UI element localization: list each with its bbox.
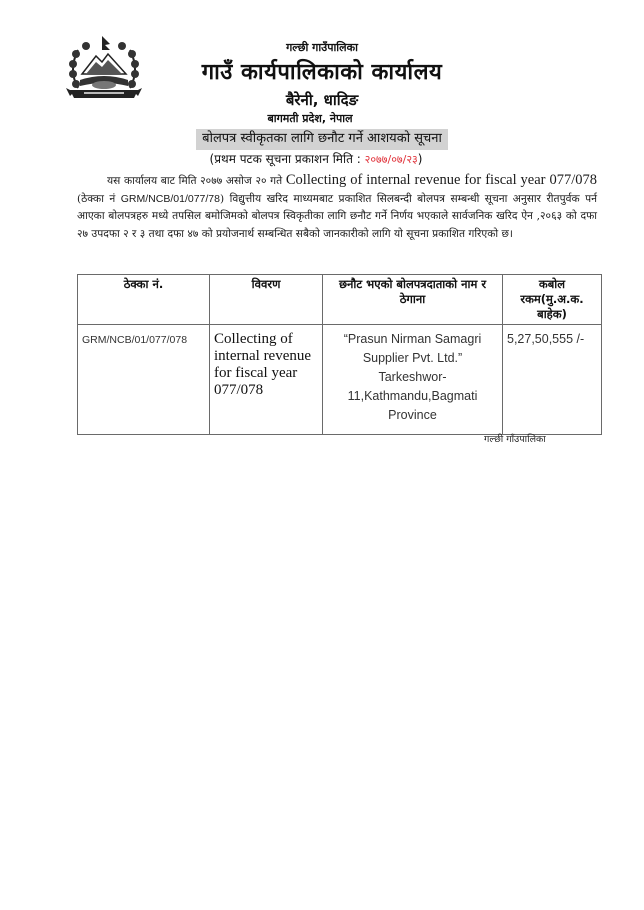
body-part-1: यस कार्यालय बाट मिति २०७७ असोज २० गते	[107, 175, 286, 187]
body-work-title: Collecting of internal revenue for fisca…	[286, 172, 597, 188]
selected-bidder-table: ठेक्का नं. विवरण छनौट भएको बोलपत्रदाताको…	[77, 274, 602, 435]
province-name: बागमती प्रदेश, नेपाल	[0, 111, 632, 126]
header-description: विवरण	[210, 275, 323, 325]
bidder-name: “Prasun Nirman Samagri Supplier Pvt. Ltd…	[327, 330, 498, 368]
publish-close: )	[418, 152, 423, 166]
notice-title-wrap: बोलपत्र स्वीकृतका लागि छनौट गर्ने आशयको …	[0, 127, 644, 150]
header-bidder: छनौट भएको बोलपत्रदाताको नाम र ठेगाना	[323, 275, 503, 325]
header-amount: कबोल रकम(मु.अ.क. बाहेक)	[503, 275, 602, 325]
notice-title: बोलपत्र स्वीकृतका लागि छनौट गर्ने आशयको …	[196, 129, 448, 150]
table-row: GRM/NCB/01/077/078 Collecting of interna…	[78, 325, 602, 435]
cell-contract-no: GRM/NCB/01/077/078	[78, 325, 210, 435]
publish-info: (प्रथम पटक सूचना प्रकाशन मिति : २०७७/०७/…	[0, 150, 638, 167]
publish-label: (प्रथम पटक सूचना प्रकाशन मिति :	[210, 152, 365, 166]
office-location: बैरेनी, धादिङ	[0, 90, 644, 110]
publish-date: २०७७/०७/२३	[365, 153, 418, 166]
notice-page: गल्छी गाउँपालिका गाउँ कार्यपालिकाको कार्…	[0, 0, 644, 910]
body-part-3: (ठेक्का नं	[77, 193, 121, 205]
cell-bidder: “Prasun Nirman Samagri Supplier Pvt. Ltd…	[323, 325, 503, 435]
cell-description: Collecting of internal revenue for fisca…	[210, 325, 323, 435]
table-header-row: ठेक्का नं. विवरण छनौट भएको बोलपत्रदाताको…	[78, 275, 602, 325]
office-name: गाउँ कार्यपालिकाको कार्यालय	[0, 56, 644, 86]
cell-amount: 5,27,50,555 /-	[503, 325, 602, 435]
notice-body: यस कार्यालय बाट मिति २०७७ असोज २० गते Co…	[77, 172, 597, 243]
header-contract-no: ठेक्का नं.	[78, 275, 210, 325]
bidder-address: Tarkeshwor-11,Kathmandu,Bagmati Province	[327, 368, 498, 425]
palika-name: गल्छी गाउँपालिका	[0, 40, 644, 55]
signature: गल्छी गाँउपालिका	[484, 432, 546, 445]
body-contract-ref: GRM/NCB/01/077/78	[121, 193, 220, 205]
